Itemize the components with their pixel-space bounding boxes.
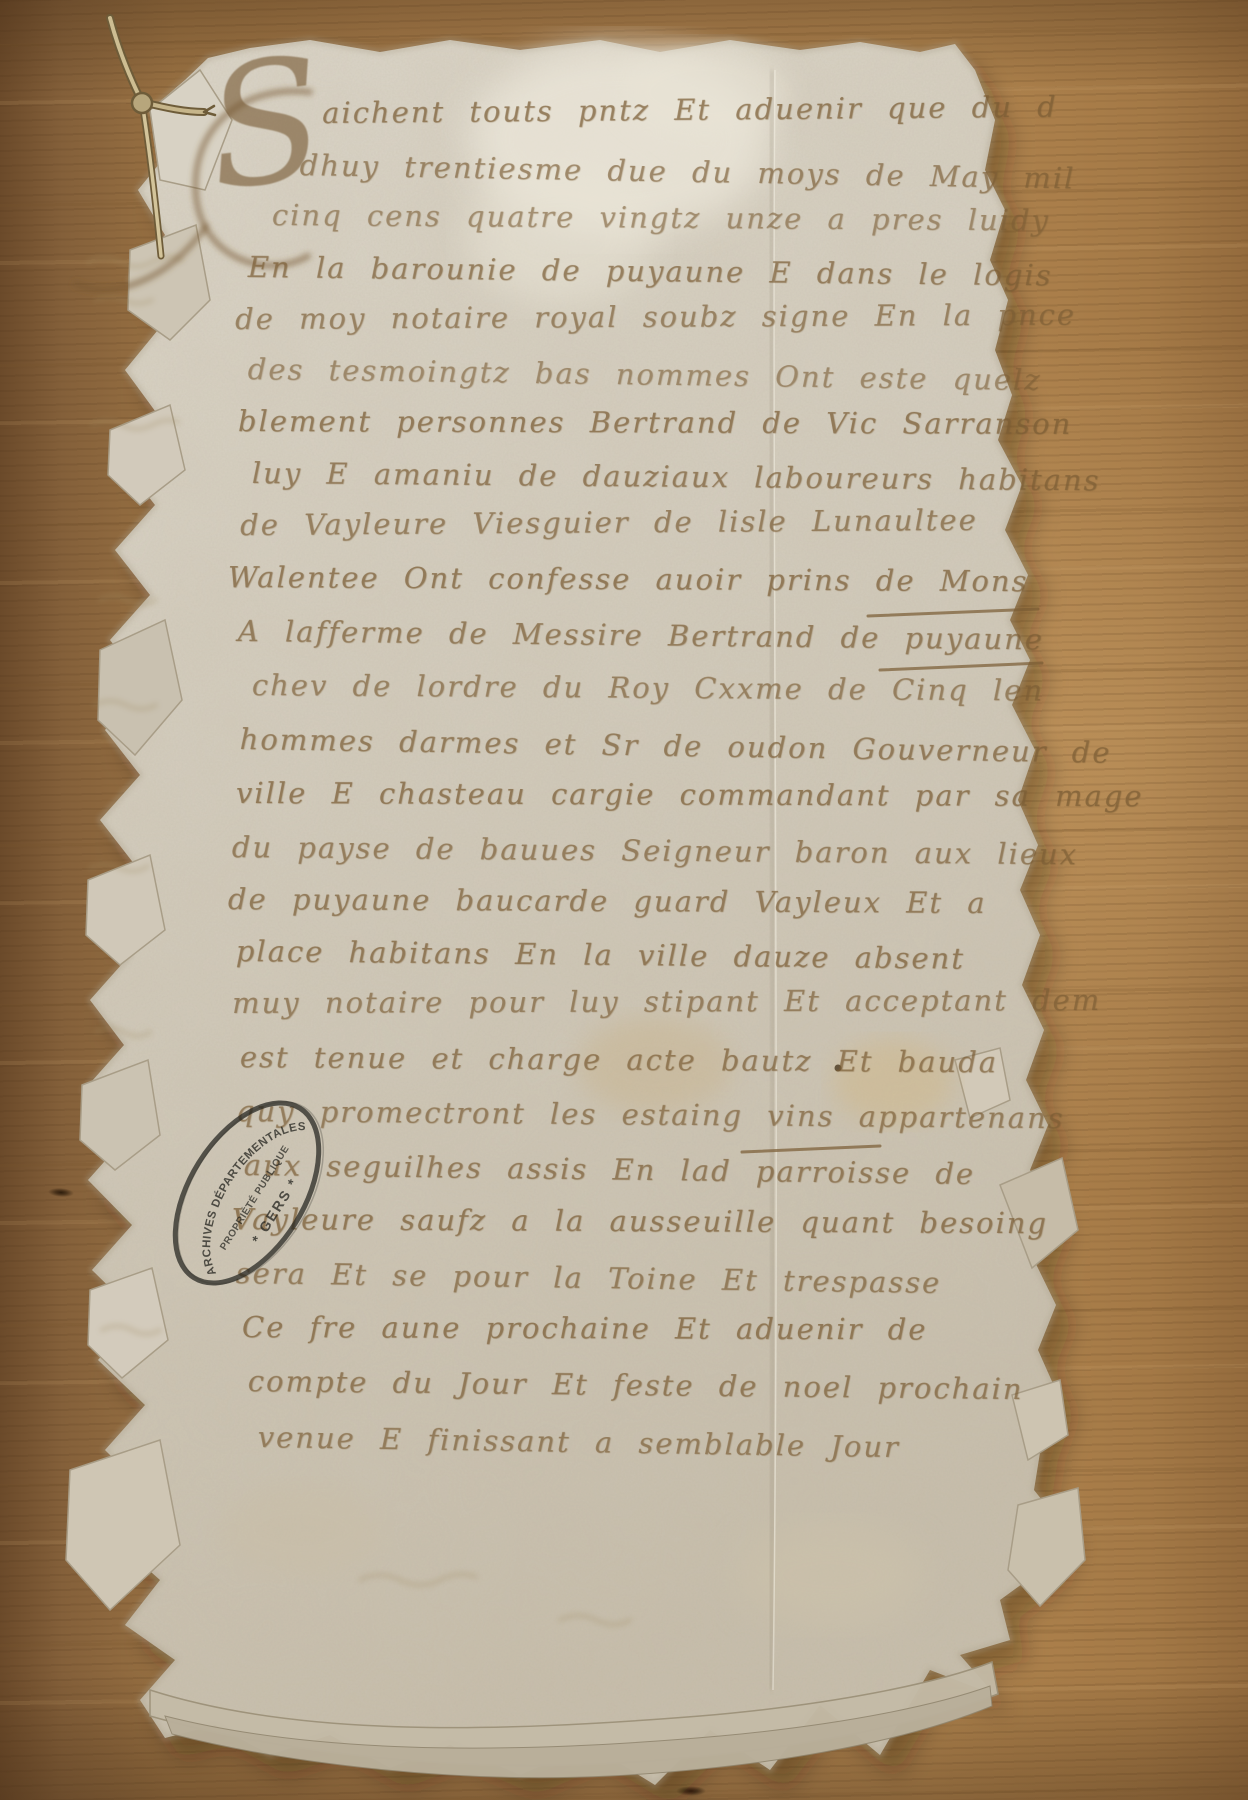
manuscript-line: Walentee Ont confesse auoir prins de Mon… (228, 560, 1029, 598)
manuscript-line: place habitans En la ville dauze absent (236, 934, 965, 976)
manuscript-line: de Vayleure Viesguier de lisle Lunaultee (240, 503, 978, 542)
archive-stamp: ARCHIVES DÉPARTEMENTALES PROPRIÉTÉ PUBLI… (112, 1068, 382, 1318)
manuscript-line: de puyaune baucarde guard Vayleux Et a (228, 882, 987, 920)
manuscript-text-block: aichent touts pntz Et aduenir que du ddh… (0, 0, 1248, 1800)
manuscript-line: luy E amaniu de dauziaux laboureurs habi… (252, 456, 1101, 497)
manuscript-line: des tesmoingtz bas nommes Ont este quelz (248, 352, 1042, 397)
manuscript-line: venue E finissant a semblable Jour (257, 1420, 900, 1464)
manuscript-line: cinq cens quatre vingtz unze a pres luid… (272, 198, 1050, 237)
manuscript-line: aichent touts pntz Et aduenir que du d (322, 90, 1058, 130)
manuscript-line: muy notaire pour luy stipant Et acceptan… (232, 983, 1101, 1020)
manuscript-line: compte du Jour Et feste de noel prochain (248, 1364, 1024, 1406)
manuscript-line: hommes darmes et Sr de oudon Gouverneur … (239, 722, 1111, 770)
manuscript-line: de moy notaire royal soubz signe En la p… (235, 298, 1076, 336)
manuscript-line: En la barounie de puyaune E dans le logi… (248, 250, 1053, 292)
manuscript-line: du payse de bauues Seigneur baron aux li… (232, 830, 1078, 871)
manuscript-line: chev de lordre du Roy Cxxme de Cinq len (252, 668, 1044, 708)
manuscript-line: ville E chasteau cargie commandant par s… (236, 776, 1144, 813)
stamp-border (146, 1078, 349, 1308)
photo-of-manuscript: S aichent touts pntz Et aduenir que du d… (0, 0, 1248, 1800)
manuscript-line: A lafferme de Messire Bertrand de puyaun… (238, 614, 1044, 656)
manuscript-line: blement personnes Bertrand de Vic Sarran… (238, 404, 1072, 441)
manuscript-line: dhuy trentiesme due du moys de May mil (299, 148, 1075, 196)
